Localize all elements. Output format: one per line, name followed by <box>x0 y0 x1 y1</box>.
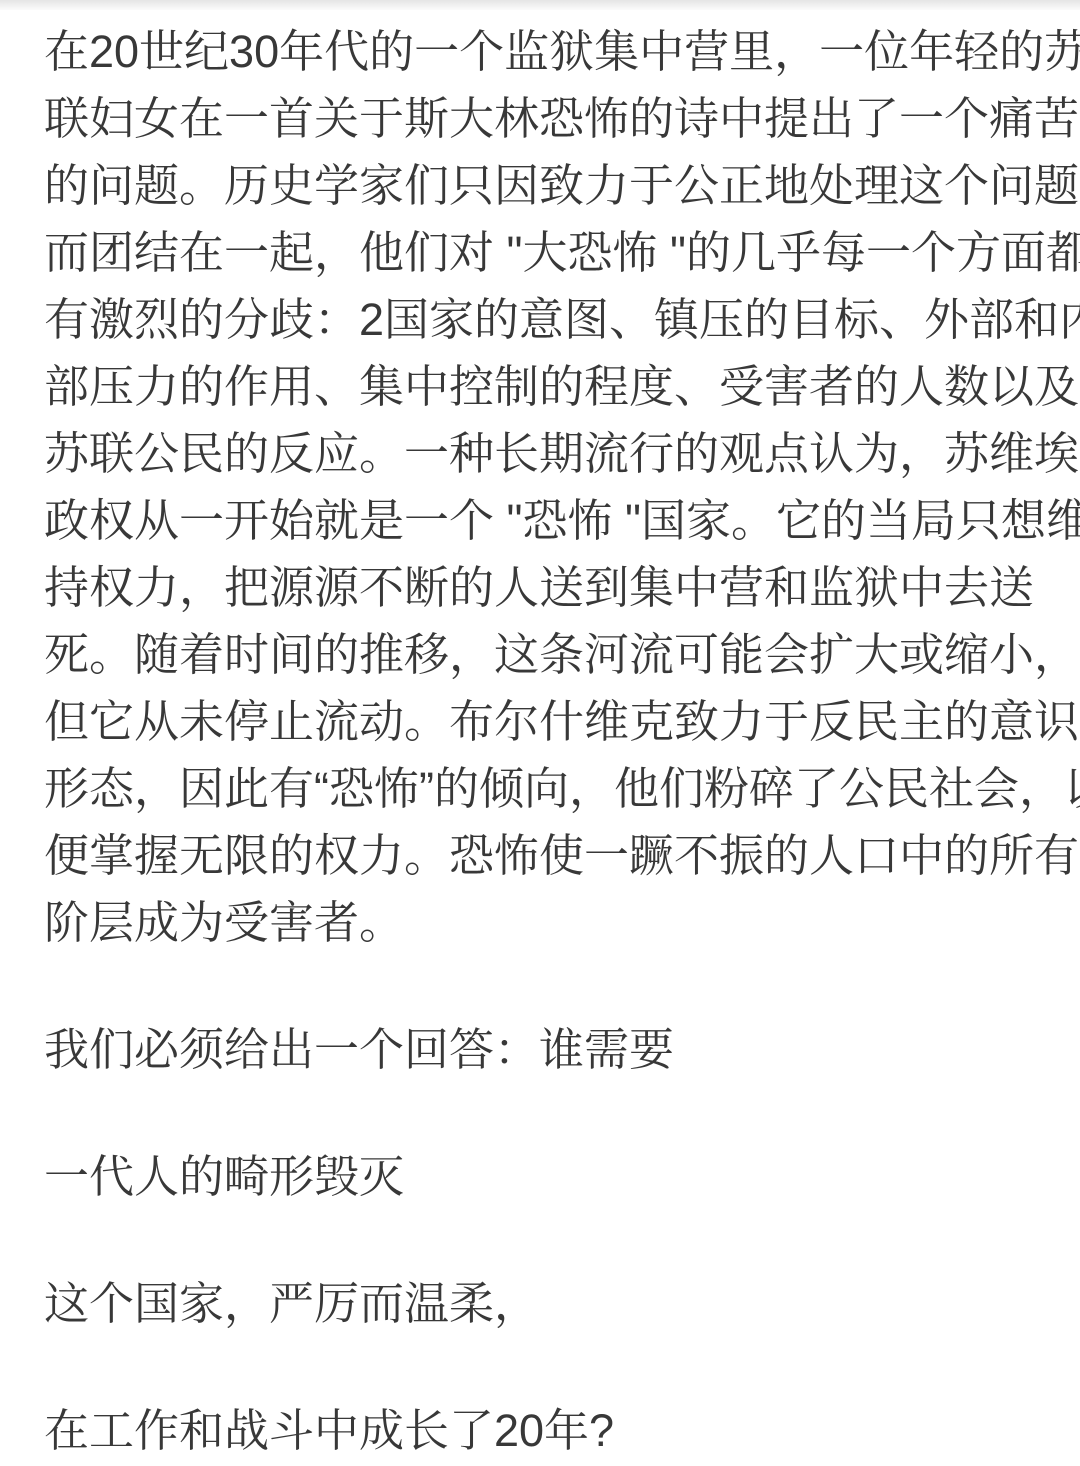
text-line: 这个国家，严厉而温柔， <box>44 1270 1036 1337</box>
text-line: 部压力的作用、集中控制的程度、受害者的人数以及 <box>44 353 1036 420</box>
text-line: 持权力，把源源不断的人送到集中营和监狱中去送 <box>44 554 1036 621</box>
text-line: 我们必须给出一个回答：谁需要 <box>44 1016 1036 1083</box>
text-line: 联妇女在一首关于斯大林恐怖的诗中提出了一个痛苦 <box>44 85 1036 152</box>
text-line: 有激烈的分歧：2国家的意图、镇压的目标、外部和内 <box>44 286 1036 353</box>
text-line: 在20世纪30年代的一个监狱集中营里，一位年轻的苏 <box>44 18 1036 85</box>
paragraph-poem-line-3: 这个国家，严厉而温柔， <box>44 1270 1036 1337</box>
text-line: 苏联公民的反应。一种长期流行的观点认为，苏维埃 <box>44 420 1036 487</box>
text-line: 的问题。历史学家们只因致力于公正地处理这个问题 <box>44 152 1036 219</box>
text-document: 在20世纪30年代的一个监狱集中营里，一位年轻的苏 联妇女在一首关于斯大林恐怖的… <box>44 18 1036 1464</box>
page: { "page": { "background": "#ffffff", "te… <box>0 0 1080 1466</box>
text-line: 而团结在一起，他们对 "大恐怖 "的几乎每一个方面都 <box>44 219 1036 286</box>
paragraph-main: 在20世纪30年代的一个监狱集中营里，一位年轻的苏 联妇女在一首关于斯大林恐怖的… <box>44 18 1036 956</box>
screenshot-top-edge <box>0 0 1080 10</box>
text-line: 死。随着时间的推移，这条河流可能会扩大或缩小， <box>44 621 1036 688</box>
paragraph-poem-line-4: 在工作和战斗中成长了20年? <box>44 1397 1036 1464</box>
paragraph-poem-line-2: 一代人的畸形毁灭 <box>44 1143 1036 1210</box>
text-line: 便掌握无限的权力。恐怖使一蹶不振的人口中的所有 <box>44 822 1036 889</box>
text-line: 在工作和战斗中成长了20年? <box>44 1397 1036 1464</box>
text-line: 政权从一开始就是一个 "恐怖 "国家。它的当局只想维 <box>44 487 1036 554</box>
text-line: 形态，因此有“恐怖”的倾向，他们粉碎了公民社会，以 <box>44 755 1036 822</box>
text-line: 阶层成为受害者。 <box>44 889 1036 956</box>
text-line: 一代人的畸形毁灭 <box>44 1143 1036 1210</box>
paragraph-poem-line-1: 我们必须给出一个回答：谁需要 <box>44 1016 1036 1083</box>
text-line: 但它从未停止流动。布尔什维克致力于反民主的意识 <box>44 688 1036 755</box>
